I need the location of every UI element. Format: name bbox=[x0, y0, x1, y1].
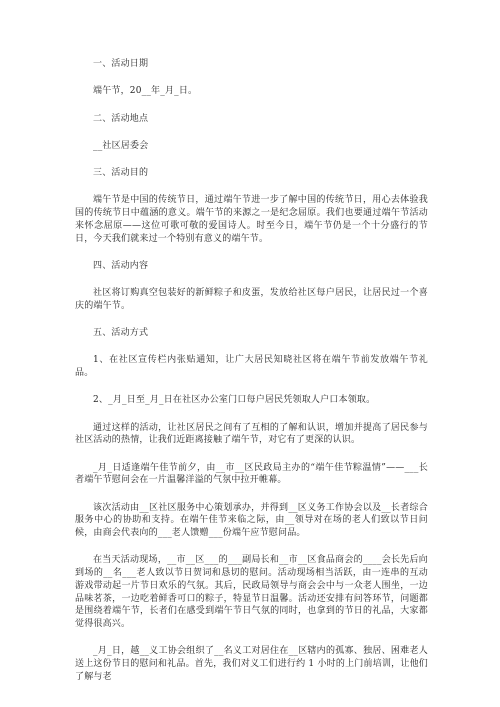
para-method-item-1: 1、在社区宣传栏内张贴通知，让广大居民知晓社区将在端午节前发放端午节礼品。 bbox=[75, 354, 428, 379]
para-activity-location: __社区居委会 bbox=[75, 140, 428, 153]
heading-activity-purpose: 三、活动目的 bbox=[75, 167, 428, 180]
heading-activity-location: 二、活动地点 bbox=[75, 113, 428, 126]
para-activity-purpose: 端午节是中国的传统节日，通过端午节进一步了解中国的传统节日，用心去体验我国的传统… bbox=[75, 194, 428, 245]
para-volunteer-visit: _月_日，越__义工协会组织了__名义工对居住在__区辖内的孤寡、独居、困难老人… bbox=[75, 645, 428, 683]
heading-activity-method: 五、活动方式 bbox=[75, 327, 428, 340]
para-method-item-2: 2、_月_日至_月_日在社区办公室门口每户居民凭领取人户口本领取。 bbox=[75, 394, 428, 407]
para-event-opening: _月_日适逢端午佳节前夕，由__市__区民政局主办的“端午佳节粽温情”——___… bbox=[75, 462, 428, 487]
para-activity-summary: 通过这样的活动，让社区居民之间有了互相的了解和认识，增加并提高了居民参与社区活动… bbox=[75, 422, 428, 447]
para-event-organizers: 该次活动由__区社区服务中心策划承办，并得到__区义务工作协会以及__长者综合服… bbox=[75, 502, 428, 540]
document-page: 一、活动日期 端午节，20__年_月_日。 二、活动地点 __社区居委会 三、活… bbox=[0, 0, 500, 707]
para-activity-date: 端午节，20__年_月_日。 bbox=[75, 85, 428, 98]
heading-activity-date: 一、活动日期 bbox=[75, 58, 428, 71]
para-activity-content: 社区将订购真空包装好的新鲜粽子和皮蛋，发放给社区每户居民，让居民过一个喜庆的端午… bbox=[75, 287, 428, 312]
heading-activity-content: 四、活动内容 bbox=[75, 260, 428, 273]
para-event-scene: 在当天活动现场，__市__区___的___副局长和__市__区食品商会的____… bbox=[75, 554, 428, 630]
